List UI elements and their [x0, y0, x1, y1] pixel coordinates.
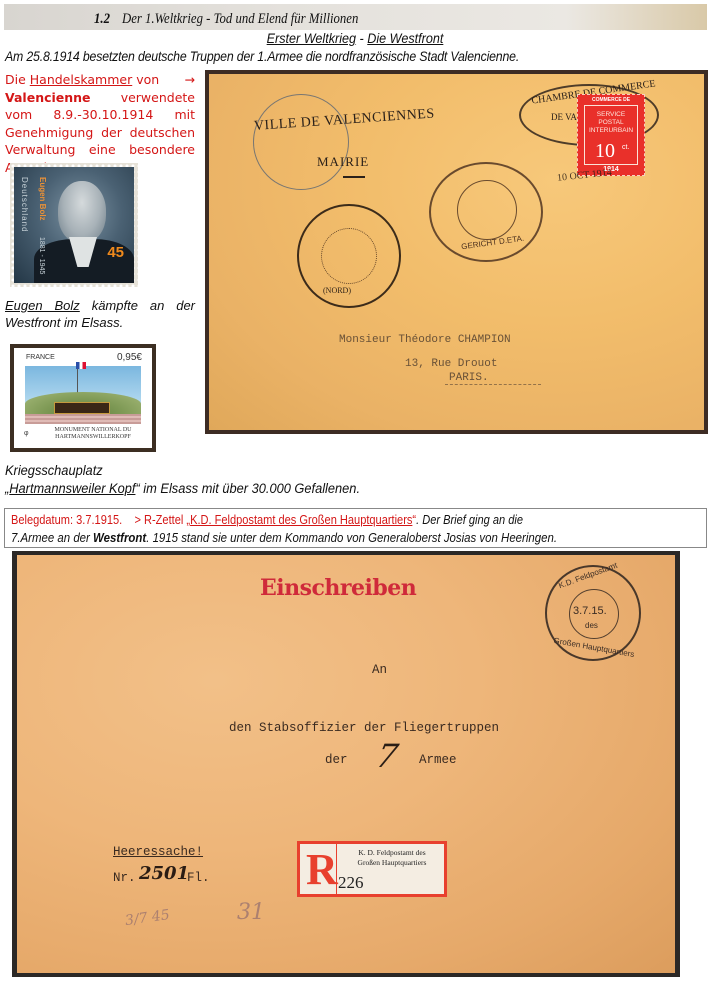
nr-suffix: Fl.	[187, 871, 210, 885]
section-title: Der 1.Weltkrieg - Tod und Elend für Mill…	[122, 11, 358, 28]
recipient-der: der	[325, 753, 348, 767]
stamp-country: Deutschland	[20, 177, 29, 232]
handelskammer-note: → Die Handelskammer von Valencienne verw…	[5, 71, 195, 176]
service-line3: INTERURBAIN	[578, 127, 644, 135]
stamp-service: SERVICE POSTAL INTERURBAIN	[578, 111, 644, 135]
monument-crypt	[54, 402, 110, 414]
stamp-unit: ct.	[622, 144, 629, 151]
r-office: K. D. Feldpostamt des Großen Hauptquarti…	[342, 848, 442, 868]
r-zettel-prefix: > R-Zettel	[134, 512, 186, 527]
stamp-name: Eugen Bolz	[38, 177, 47, 221]
stamp-hartmannswillerkopf: FRANCE 0,95€ φ MONUMENT NATIONAL DU HART…	[10, 344, 156, 452]
recipient-armee: Armee	[419, 753, 457, 767]
nr-value: 2501	[139, 863, 189, 884]
r-office-line1: K. D. Feldpostamt des	[342, 848, 442, 858]
intro-suffix: .	[516, 48, 519, 64]
cover-einschreiben: Einschreiben K.D. Feldpostamt 3.7.15. de…	[12, 551, 680, 977]
info-line2-prefix: 7.Armee an der	[11, 530, 93, 545]
nr-prefix: Nr.	[113, 871, 136, 885]
mairie-rule	[343, 176, 365, 178]
caption-place: Hartmannsweiler Kopf	[9, 481, 135, 496]
address-line2: 13, Rue Drouot	[405, 358, 497, 370]
recipient-an: An	[372, 663, 387, 677]
service-line2: POSTAL	[578, 119, 644, 127]
service-line1: SERVICE	[578, 111, 644, 119]
einschreiben-header: Einschreiben	[260, 575, 416, 601]
caption-region: Elsass	[160, 481, 198, 496]
stamp-inscription: MONUMENT NATIONAL DU HARTMANNSWILLERKOPF	[44, 427, 142, 441]
stamp-value: 45	[107, 244, 124, 261]
inscription-line2: HARTMANNSWILLERKOPF	[44, 434, 142, 441]
portrait-head	[58, 181, 106, 243]
stamp-years: 1881 - 1945	[38, 237, 45, 274]
kriegsschauplatz-caption: Kriegsschauplatz „Hartmannsweiler Kopf“ …	[5, 462, 360, 498]
info-line1-suffix: . Der Brief ging an die	[416, 512, 523, 527]
cancel-date: 10 OCT 1914	[557, 167, 613, 184]
r-zettel-name: K.D. Feldpostamt des Großen Hauptquartie…	[190, 512, 412, 527]
postmark-des: des	[585, 621, 598, 630]
section-number: 1.2	[94, 11, 110, 28]
subtitle-separator: -	[356, 30, 367, 46]
seal-mairie-arms	[321, 228, 377, 284]
intro-prefix: Am	[5, 48, 26, 64]
note-prefix: Die	[5, 72, 30, 87]
bolz-suffix: .	[120, 315, 124, 330]
pencil-notes: 3/7 45	[124, 907, 171, 929]
note-city: Valencienne	[5, 90, 91, 105]
postmark-date: 3.7.15.	[573, 605, 607, 617]
bolz-name: Eugen Bolz	[5, 298, 80, 313]
address-line3: PARIS.	[449, 372, 489, 384]
address-underline	[445, 384, 541, 385]
stamp-valenciennes-10ct: COMMERCE DE SERVICE POSTAL INTERURBAIN 1…	[577, 94, 645, 176]
bolz-region: Elsass	[81, 315, 119, 330]
info-westfront: Westfront	[93, 530, 146, 545]
pencil-mark: 31	[237, 900, 265, 925]
cover-valenciennes: VILLE DE VALENCIENNES MAIRIE (NORD) GERI…	[205, 70, 708, 434]
address-line1: Monsieur Théodore CHAMPION	[339, 334, 511, 346]
french-flag-icon	[76, 362, 86, 369]
page-header: 1.2 Der 1.Weltkrieg - Tod und Elend für …	[4, 4, 707, 30]
subtitle-part1: Erster Weltkrieg	[267, 30, 356, 46]
stamp-top-text: COMMERCE DE	[578, 97, 644, 103]
beleg-info-box: Belegdatum: 3.7.1915. > R-Zettel „K.D. F…	[4, 508, 707, 548]
caption-line1: Kriegsschauplatz	[5, 462, 360, 480]
caption-suffix: mit über 30.000 Gefallenen.	[198, 481, 360, 496]
stamp-country: FRANCE	[26, 354, 55, 361]
handelskammer-link: Handelskammer	[30, 72, 132, 87]
seal-intendantur-inner	[457, 180, 517, 240]
stamp-eugen-bolz: Deutschland Eugen Bolz 1881 - 1945 45	[10, 163, 138, 287]
r-divider	[336, 844, 337, 894]
r-number: 226	[338, 873, 364, 893]
seal-blue-circle	[253, 94, 349, 190]
mairie-header: MAIRIE	[317, 154, 369, 170]
monument-steps	[25, 414, 141, 424]
belegdatum: Belegdatum: 3.7.1915.	[11, 512, 122, 527]
inscription-line1: MONUMENT NATIONAL DU	[44, 427, 142, 434]
intro-text: Am 25.8.1914 besetzten deutsche Truppen …	[5, 48, 519, 64]
page-subtitle: Erster Weltkrieg - Die Westfront	[36, 30, 675, 46]
note-after-link: von	[132, 72, 159, 87]
arrow-right-icon: →	[185, 71, 195, 89]
stamp-value: 0,95€	[117, 352, 142, 363]
recipient-armee-number: 7	[373, 737, 401, 775]
subtitle-part2: Die Westfront	[367, 30, 443, 46]
intro-middle: besetzten deutsche Truppen der 1.Armee d…	[80, 48, 451, 64]
seal-nord-text: (NORD)	[323, 286, 351, 295]
intro-city: Valencienne	[450, 48, 515, 64]
bolz-caption: Eugen Bolz kämpfte an der Westfront im E…	[5, 297, 195, 331]
stamp-symbol: φ	[24, 430, 29, 437]
r-office-line2: Großen Hauptquartiers	[342, 858, 442, 868]
caption-middle: im	[140, 481, 161, 496]
recipient-line1: den Stabsoffizier der Fliegertruppen	[229, 721, 499, 735]
heeressache: Heeressache!	[113, 845, 203, 859]
intro-date: 25.8.1914	[26, 48, 79, 64]
registration-label: R K. D. Feldpostamt des Großen Hauptquar…	[297, 841, 447, 897]
stamp-value: 10	[595, 140, 615, 163]
r-letter: R	[306, 846, 338, 894]
info-line2-suffix: . 1915 stand sie unter dem Kommando von …	[146, 530, 557, 545]
